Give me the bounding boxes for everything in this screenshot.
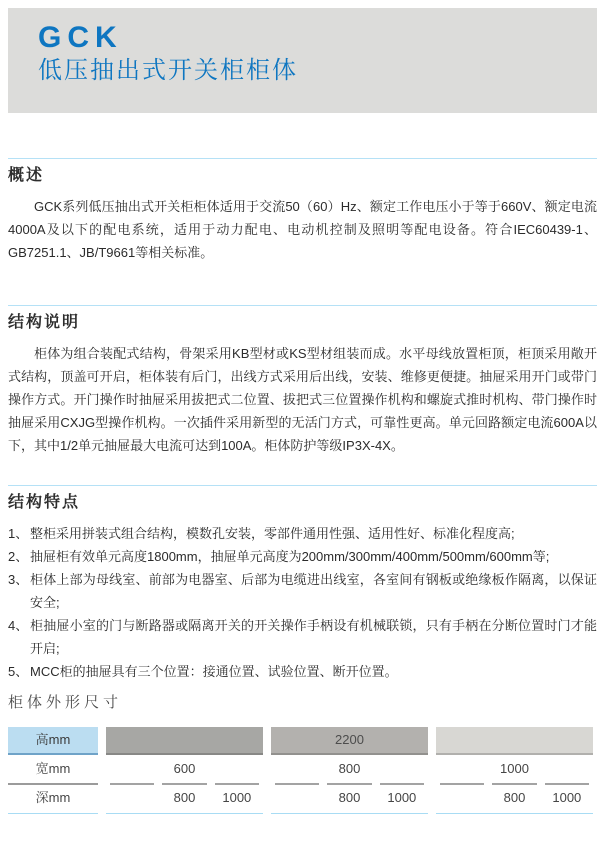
- product-model-title: GCK: [38, 22, 597, 54]
- depth-values: 800 1000: [436, 785, 593, 811]
- dimensions-label-column: 高mm 宽mm 深mm: [8, 727, 98, 814]
- feature-item: 2、 抽屉柜有效单元高度1800mm，抽屉单元高度为200mm/300mm/40…: [8, 545, 597, 568]
- catalog-page: GCK 低压抽出式开关柜柜体 概述 GCK系列低压抽出式开关柜柜体适用于交流50…: [0, 0, 605, 842]
- depth-row-label: 深mm: [8, 785, 98, 811]
- feature-number: 4、: [8, 614, 28, 637]
- width-value: 600: [106, 755, 263, 783]
- width-value: 800: [271, 755, 428, 783]
- feature-text: 柜体上部为母线室、前部为电器室、后部为电缆进出线室，各室间有钢板或绝缘板作隔离，…: [30, 572, 597, 610]
- depth-value: 800: [158, 785, 210, 811]
- feature-text: 柜抽屉小室的门与断路器或隔离开关的开关操作手柄设有机械联锁，只有手柄在分断位置时…: [30, 618, 597, 656]
- structure-paragraph: 柜体为组合装配式结构，骨架采用KB型材或KS型材组装而成。水平母线放置柜顶，柜顶…: [8, 342, 597, 457]
- height-bar: [436, 727, 593, 755]
- section-divider: [8, 158, 597, 159]
- structure-heading: 结构说明: [8, 313, 597, 333]
- depth-value: [106, 785, 158, 811]
- feature-text: 抽屉柜有效单元高度1800mm，抽屉单元高度为200mm/300mm/400mm…: [30, 549, 549, 564]
- feature-text: MCC柜的抽屉具有三个位置：接通位置、试验位置、断开位置。: [30, 664, 398, 679]
- height-bar: 2200: [271, 727, 428, 755]
- width-row-label: 宽mm: [8, 755, 98, 783]
- depth-value: 1000: [541, 785, 593, 811]
- feature-number: 2、: [8, 545, 28, 568]
- section-divider: [8, 485, 597, 486]
- feature-item: 5、 MCC柜的抽屉具有三个位置：接通位置、试验位置、断开位置。: [8, 660, 597, 683]
- features-heading: 结构特点: [8, 493, 597, 513]
- section-divider: [8, 305, 597, 306]
- product-name-subtitle: 低压抽出式开关柜柜体: [38, 56, 597, 86]
- overview-paragraph: GCK系列低压抽出式开关柜柜体适用于交流50（60）Hz、额定工作电压小于等于6…: [8, 195, 597, 264]
- feature-item: 3、 柜体上部为母线室、前部为电器室、后部为电缆进出线室，各室间有钢板或绝缘板作…: [8, 568, 597, 614]
- depth-value: 800: [488, 785, 540, 811]
- depth-values: 800 1000: [106, 785, 263, 811]
- depth-value: 1000: [211, 785, 263, 811]
- feature-number: 1、: [8, 522, 28, 545]
- depth-values: 800 1000: [271, 785, 428, 811]
- depth-value: [436, 785, 488, 811]
- height-row-label: 高mm: [8, 727, 98, 755]
- dimensions-table: 高mm 宽mm 深mm 600 800 1000 2200 800 800 1: [8, 727, 597, 814]
- feature-number: 5、: [8, 660, 28, 683]
- dimension-group-800: 2200 800 800 1000: [271, 727, 428, 814]
- overview-heading: 概述: [8, 166, 597, 186]
- feature-item: 1、 整柜采用拼装式组合结构，模数孔安装，零部件通用性强、适用性好、标准化程度高…: [8, 522, 597, 545]
- depth-value: 800: [323, 785, 375, 811]
- features-list: 1、 整柜采用拼装式组合结构，模数孔安装，零部件通用性强、适用性好、标准化程度高…: [8, 522, 597, 683]
- depth-value: [271, 785, 323, 811]
- depth-value: 1000: [376, 785, 428, 811]
- feature-text: 整柜采用拼装式组合结构，模数孔安装，零部件通用性强、适用性好、标准化程度高;: [30, 526, 515, 541]
- height-bar: [106, 727, 263, 755]
- dimension-group-600: 600 800 1000: [106, 727, 263, 814]
- dimension-group-1000: 1000 800 1000: [436, 727, 593, 814]
- depth-row-label-text: 深mm: [8, 785, 98, 811]
- dimensions-heading: 柜体外形尺寸: [8, 693, 597, 712]
- feature-number: 3、: [8, 568, 28, 591]
- feature-item: 4、 柜抽屉小室的门与断路器或隔离开关的开关操作手柄设有机械联锁，只有手柄在分断…: [8, 614, 597, 660]
- width-value: 1000: [436, 755, 593, 783]
- header-banner: GCK 低压抽出式开关柜柜体: [8, 8, 597, 113]
